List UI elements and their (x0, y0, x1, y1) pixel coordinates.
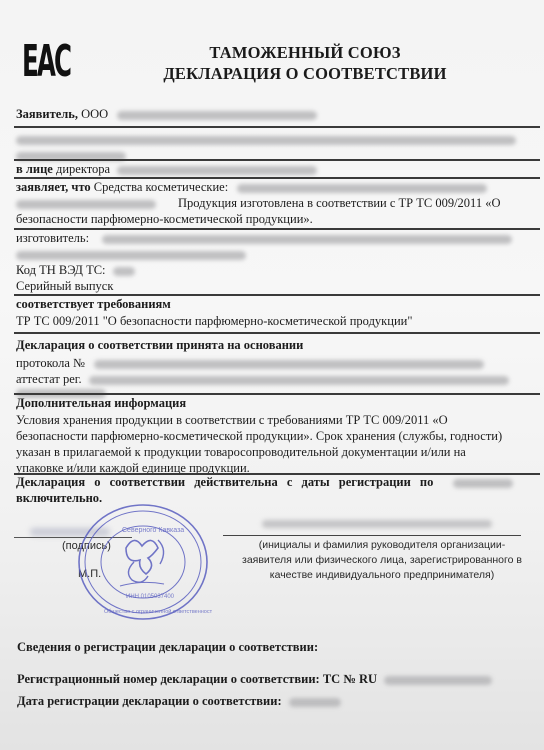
requirements-text: ТР ТС 009/2011 "О безопасности парфюмерн… (16, 313, 538, 329)
tn-ved-label: Код ТН ВЭД ТС: (16, 263, 106, 277)
eac-logo: ЕАС (22, 36, 70, 87)
applicant-org-form: ООО (81, 107, 108, 121)
declaration-document: ЕАС ТАМОЖЕННЫЙ СОЮЗ ДЕКЛАРАЦИЯ О СООТВЕТ… (0, 0, 544, 750)
additional-info-line3: указан в прилагаемой к продукции товарос… (16, 444, 538, 460)
title-customs-union: ТАМОЖЕННЫЙ СОЮЗ (140, 42, 470, 63)
protocol-label: протокола № (16, 356, 85, 370)
initials-caption: (инициалы и фамилия руководителя организ… (232, 538, 532, 583)
caption-line1: (инициалы и фамилия руководителя организ… (232, 538, 532, 553)
additional-info-line2: безопасности парфюмерно-косметической пр… (16, 428, 538, 444)
manufacturer-label: изготовитель: (16, 231, 89, 245)
conformity-line2: безопасности парфюмерно-косметической пр… (16, 211, 538, 227)
registration-number-label: Регистрационный номер декларации о соотв… (17, 672, 377, 686)
applicant-row: Заявитель, ООО (16, 106, 538, 122)
represented-by-label: в лице (16, 162, 53, 176)
basis-label: Декларация о соответствии принята на осн… (16, 337, 538, 353)
company-stamp: Северного Кавказа ИНН 0105037400 Обществ… (74, 500, 212, 622)
redacted-applicant-name (117, 111, 317, 120)
redacted-protocol (94, 360, 484, 369)
redacted-director-initials (262, 520, 492, 528)
conformity-line1-row: Продукция изготовлена в соответствии с Т… (16, 195, 538, 211)
redacted-address-line1 (16, 136, 516, 145)
production-type: Серийный выпуск (16, 278, 538, 294)
additional-info-line1: Условия хранения продукции в соответстви… (16, 412, 538, 428)
initials-line (223, 535, 521, 536)
applicant-label: Заявитель, (16, 107, 78, 121)
caption-line3: качестве индивидуального предпринимателя… (232, 568, 532, 583)
redacted-manufacturer-address (16, 251, 246, 260)
stamp-inn: ИНН 0105037400 (126, 594, 175, 600)
divider (14, 126, 540, 128)
validity-row: Декларация о соответствии действительна … (16, 474, 538, 490)
registration-date-row: Дата регистрации декларации о соответств… (17, 694, 341, 709)
divider (14, 332, 540, 334)
redacted-validity-date (453, 479, 513, 488)
declares-row: заявляет, что Средства косметические: (16, 179, 538, 195)
registration-heading: Сведения о регистрации декларации о соот… (17, 640, 318, 655)
caption-line2: заявителя или физического лица, зарегист… (232, 553, 532, 568)
redacted-registration-number (384, 676, 492, 685)
redacted-registration-date (289, 698, 341, 707)
represented-by-position: директора (56, 162, 110, 176)
conformity-line1: Продукция изготовлена в соответствии с Т… (178, 196, 501, 210)
registration-number-row: Регистрационный номер декларации о соотв… (17, 672, 492, 687)
represented-by-row: в лице директора (16, 161, 538, 177)
manufacturer-row: изготовитель: (16, 230, 538, 246)
title-declaration: ДЕКЛАРАЦИЯ О СООТВЕТСТВИИ (140, 63, 470, 84)
stamp-outer-text: Общество с ограниченной ответственностью (104, 608, 212, 615)
manufacturer-address (16, 246, 538, 262)
additional-info-label: Дополнительная информация (16, 395, 538, 411)
redacted-director-name (117, 166, 317, 175)
product-type: Средства косметические: (94, 180, 228, 194)
validity-line1: Декларация о соответствии действительна … (16, 475, 433, 489)
registration-date-label: Дата регистрации декларации о соответств… (17, 694, 282, 708)
stamp-inner-text: Северного Кавказа (122, 527, 184, 534)
redacted-manufacturer (102, 235, 512, 244)
requirements-label: соответствует требованиям (16, 296, 538, 312)
redacted-tn-ved-code (113, 267, 135, 276)
document-title: ТАМОЖЕННЫЙ СОЮЗ ДЕКЛАРАЦИЯ О СООТВЕТСТВИ… (140, 42, 470, 84)
redacted-product-name-cont (16, 200, 156, 209)
redacted-product-name (237, 184, 487, 193)
tn-ved-row: Код ТН ВЭД ТС: (16, 262, 538, 278)
declares-label: заявляет, что (16, 180, 91, 194)
protocol-row: протокола № (16, 355, 538, 371)
